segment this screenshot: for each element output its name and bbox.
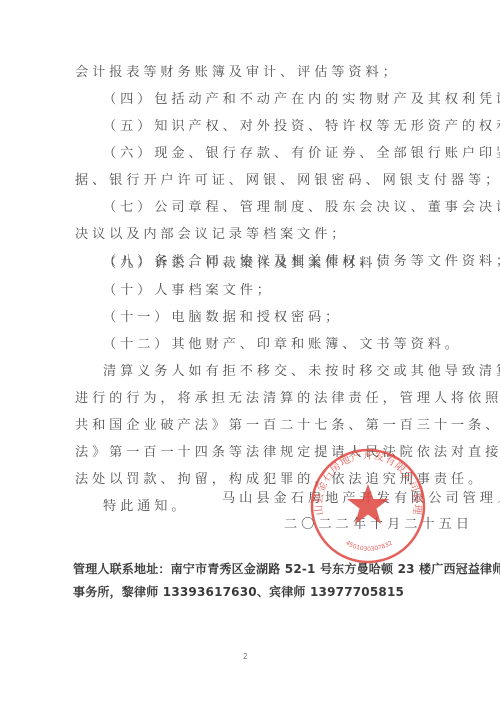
paragraph-line: 清算义务人如有拒不移交、未按时移交或其他导致清算工作无法 [103, 363, 453, 381]
paragraph-line: 进行的行为，将承担无法清算的法律责任，管理人将依照《中华人民 [75, 390, 425, 408]
contact-line-1: 管理人联系地址：南宁市青秀区金湖路 52-1 号东方曼哈顿 23 楼广西冠益律师 [73, 561, 500, 577]
list-item-12: （十二）其他财产、印章和账簿、文书等资料。 [103, 336, 453, 354]
list-item-9: （九）诉讼、仲裁案件及其案件材料； [103, 255, 453, 273]
svg-text:4501030307832: 4501030307832 [344, 539, 393, 552]
page-number: 2 [243, 652, 247, 661]
body-line: 会计报表等财务账簿及审计、评估等资料； [75, 64, 425, 82]
list-item-4: （四）包括动产和不动产在内的实物财产及其权利凭证； [103, 91, 453, 109]
official-seal: 马山县金石房地产开发有限公司管理人 4501030307832 [308, 446, 428, 566]
list-item-6-cont: 据、银行开户许可证、网银、网银密码、网银支付器等； [75, 172, 425, 190]
paragraph-line: 共和国企业破产法》第一百二十七条、第一百三十一条、《民事诉讼 [75, 417, 425, 435]
list-item-10: （十）人事档案文件； [103, 282, 453, 300]
list-item-11: （十一）电脑数据和授权密码； [103, 309, 453, 327]
seal-code: 4501030307832 [344, 539, 393, 552]
list-item-7: （七）公司章程、管理制度、股东会决议、董事会决议、监事会 [103, 199, 453, 217]
list-item-6: （六）现金、银行存款、有价证券、全部银行账户印鉴、银行票 [103, 145, 453, 163]
star-icon [347, 484, 389, 524]
list-item-5: （五）知识产权、对外投资、特许权等无形资产的权利凭证； [103, 118, 453, 136]
contact-line-2: 事务所，黎律师 13393617630、宾律师 13977705815 [73, 584, 404, 600]
list-item-7-cont: 决议以及内部会议记录等档案文件； [75, 226, 425, 244]
document-page: 会计报表等财务账簿及审计、评估等资料； （四）包括动产和不动产在内的实物财产及其… [0, 0, 500, 707]
